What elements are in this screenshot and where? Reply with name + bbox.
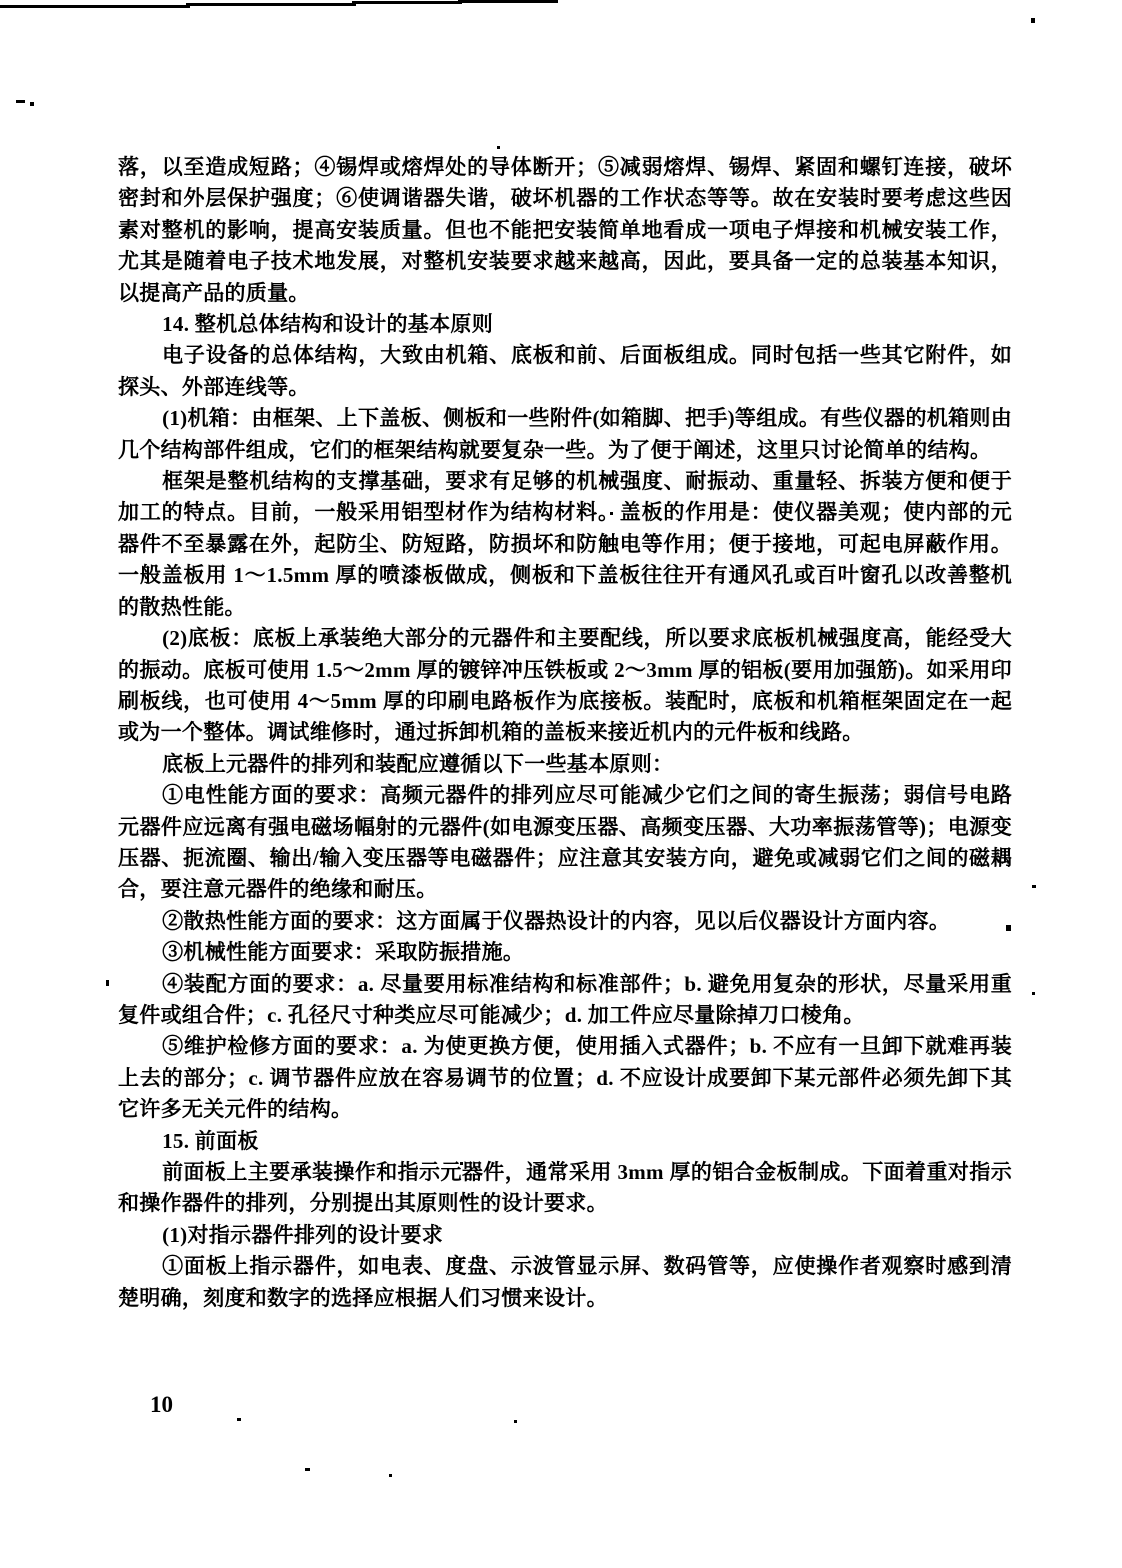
scan-edge-line	[0, 5, 190, 8]
scan-speck	[1032, 885, 1036, 888]
scanned-book-page: 落，以至造成短路；④锡焊或熔焊处的导体断开；⑤减弱熔焊、锡焊、紧固和螺钉连接，破…	[0, 0, 1122, 1568]
paragraph-continuation: 落，以至造成短路；④锡焊或熔焊处的导体断开；⑤减弱熔焊、锡焊、紧固和螺钉连接，破…	[118, 152, 1012, 309]
paragraph-principle-4: ④装配方面的要求：a. 尽量要用标准结构和标准部件；b. 避免用复杂的形状，尽量…	[118, 969, 1012, 1032]
scan-edge-line	[458, 0, 558, 3]
paragraph-principle-3: ③机械性能方面要求：采取防振措施。	[118, 937, 1012, 968]
paragraph-indicator-heading: (1)对指示器件排列的设计要求	[118, 1220, 1012, 1251]
scan-speck	[30, 102, 34, 106]
paragraph-indicator-detail: ①面板上指示器件，如电表、度盘、示波管显示屏、数码管等，应使操作者观察时感到清楚…	[118, 1251, 1012, 1314]
scan-speck	[497, 146, 500, 149]
scan-edge-line	[352, 1, 462, 4]
scan-edge-line	[186, 3, 356, 6]
scan-speck	[237, 1418, 241, 1421]
paragraph-principle-1: ①电性能方面的要求：高频元器件的排列应尽可能减少它们之间的寄生振荡；弱信号电路元…	[118, 780, 1012, 906]
scan-speck	[514, 1420, 517, 1423]
scan-speck	[389, 1474, 392, 1477]
paragraph-principles-intro: 底板上元器件的排列和装配应遵循以下一些基本原则：	[118, 749, 1012, 780]
page-content: 落，以至造成短路；④锡焊或熔焊处的导体断开；⑤减弱熔焊、锡焊、紧固和螺钉连接，破…	[118, 152, 1012, 1314]
section-heading-14: 14. 整机总体结构和设计的基本原则	[118, 309, 1012, 340]
paragraph-chassis: (1)机箱：由框架、上下盖板、侧板和一些附件(如箱脚、把手)等组成。有些仪器的机…	[118, 403, 1012, 466]
scan-speck	[305, 1468, 310, 1471]
scan-speck	[16, 100, 25, 103]
paragraph: 电子设备的总体结构，大致由机箱、底板和前、后面板组成。同时包括一些其它附件，如探…	[118, 340, 1012, 403]
paragraph-frame: 框架是整机结构的支撑基础，要求有足够的机械强度、耐振动、重量轻、拆装方便和便于加…	[118, 466, 1012, 623]
paragraph-front-panel: 前面板上主要承装操作和指示元器件，通常采用 3mm 厚的铝合金板制成。下面着重对…	[118, 1157, 1012, 1220]
scan-speck	[106, 980, 109, 986]
page-number: 10	[150, 1392, 173, 1418]
section-heading-15: 15. 前面板	[118, 1126, 1012, 1157]
paragraph-principle-5: ⑤维护检修方面的要求：a. 为使更换方便，使用插入式器件；b. 不应有一旦卸下就…	[118, 1031, 1012, 1125]
scan-speck	[1031, 18, 1035, 23]
paragraph-principle-2: ②散热性能方面的要求：这方面属于仪器热设计的内容，见以后仪器设计方面内容。	[118, 906, 1012, 937]
scan-speck	[1032, 992, 1035, 995]
paragraph-baseplate: (2)底板：底板上承装绝大部分的元器件和主要配线，所以要求底板机械强度高，能经受…	[118, 623, 1012, 749]
